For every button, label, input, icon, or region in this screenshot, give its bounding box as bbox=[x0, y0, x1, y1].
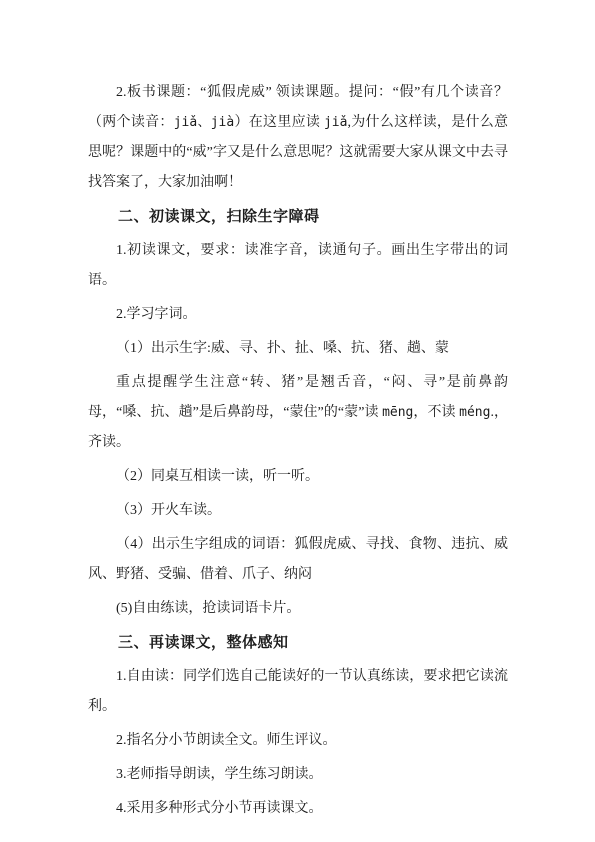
pinyin-run: jiǎ bbox=[324, 115, 347, 130]
para-word-list: （4）出示生字组成的词语：狐假虎威、寻找、食物、违抗、威风、野猪、受骗、借着、爪… bbox=[88, 530, 508, 590]
para-multiple-forms: 4.采用多种形式分小节再读课文。 bbox=[88, 794, 508, 824]
para-deskmate-reading: （2）同桌互相读一读，听一听。 bbox=[88, 462, 508, 492]
para-free-read: 1.自由读：同学们选自己能读好的一节认真练读，要求把它读流利。 bbox=[88, 662, 508, 722]
document-page: 2.板书课题：“狐假虎威” 领读课题。提问：“假”有几个读音？（两个读音：jiǎ… bbox=[0, 0, 595, 842]
para-free-practice: (5)自由练读，抢读词语卡片。 bbox=[88, 594, 508, 624]
text-run: ）在这里应读 bbox=[234, 115, 324, 130]
para-named-reading: 2.指名分小节朗读全文。师生评议。 bbox=[88, 726, 508, 756]
para-initial-read-requirements: 1.初读课文，要求：读准字音，读通句子。画出生字带出的词语。 bbox=[88, 236, 508, 296]
para-teacher-guidance: 3.老师指导朗读，学生练习朗读。 bbox=[88, 760, 508, 790]
heading-initial-reading: 二、初读课文，扫除生字障碍 bbox=[88, 202, 508, 232]
heading-reread-text: 三、再读课文，整体感知 bbox=[88, 628, 508, 658]
para-train-reading: （3）开火车读。 bbox=[88, 496, 508, 526]
para-pronunciation-reminder: 重点提醒学生注意“转、猪”是翘舌音，“闷、寻”是前鼻韵母，“嗓、抗、趟”是后鼻韵… bbox=[88, 368, 508, 458]
pinyin-run: jiǎ、jià bbox=[174, 115, 235, 130]
pinyin-run: méng bbox=[459, 405, 490, 420]
para-learn-words: 2.学习字词。 bbox=[88, 300, 508, 330]
text-run: ，不读 bbox=[413, 405, 459, 420]
pinyin-run: mēng bbox=[382, 405, 413, 420]
para-show-characters: （1）出示生字:威、寻、扑、扯、嗓、抗、猪、趟、蒙 bbox=[88, 334, 508, 364]
para-board-topic: 2.板书课题：“狐假虎威” 领读课题。提问：“假”有几个读音？（两个读音：jiǎ… bbox=[88, 78, 508, 198]
